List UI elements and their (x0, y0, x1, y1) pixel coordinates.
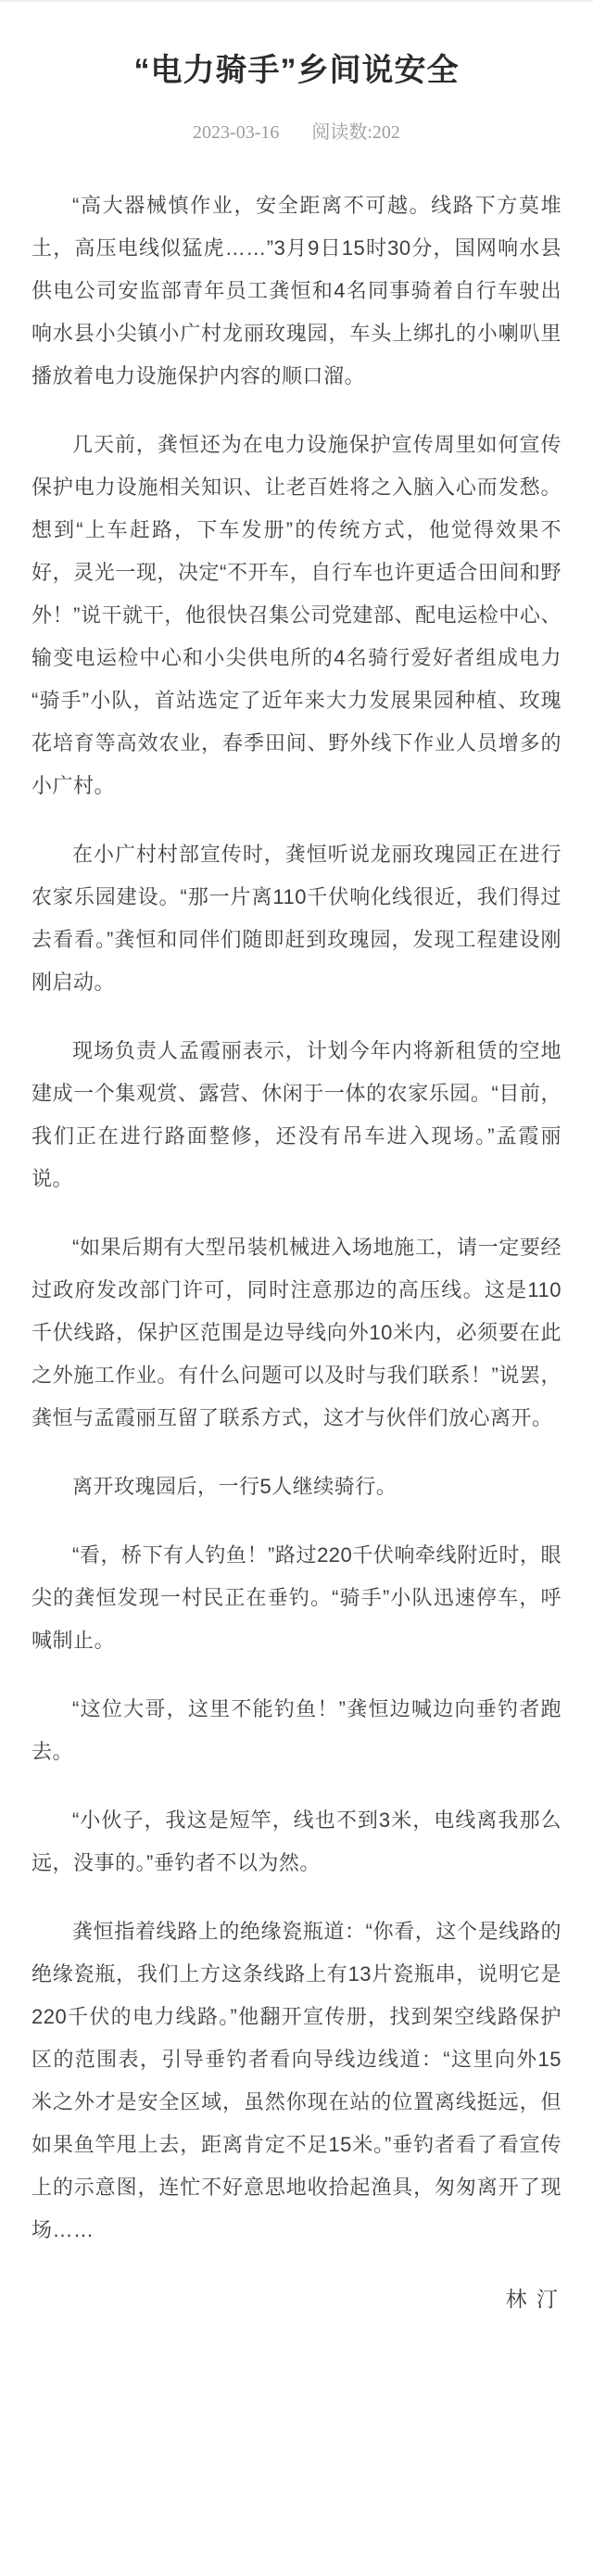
author-signature: 林 汀 (32, 2285, 561, 2313)
article-paragraph: “如果后期有大型吊装机械进入场地施工，请一定要经过政府发改部门许可，同时注意那边… (32, 1226, 561, 1440)
article-page: “电力骑手”乡间说安全 2023-03-16 阅读数:202 “高大器械慎作业，… (0, 0, 593, 2576)
publish-date: 2023-03-16 (193, 122, 279, 143)
read-count: 阅读数:202 (311, 122, 400, 143)
article-paragraph: 在小广村村部宣传时，龚恒听说龙丽玫瑰园正在进行农家乐园建设。“那一片离110千伏… (32, 833, 561, 1004)
article-paragraph: “这位大哥，这里不能钓鱼！”龚恒边喊边向垂钓者跑去。 (32, 1688, 561, 1773)
article-title: “电力骑手”乡间说安全 (32, 51, 561, 90)
article-paragraph: “高大器械慎作业，安全距离不可越。线路下方莫堆土，高压电线似猛虎……”3月9日1… (32, 184, 561, 398)
article-paragraph: 几天前，龚恒还为在电力设施保护宣传周里如何宣传保护电力设施相关知识、让老百姓将之… (32, 424, 561, 807)
article-paragraph: 龚恒指着线路上的绝缘瓷瓶道：“你看，这个是线路的绝缘瓷瓶，我们上方这条线路上有1… (32, 1910, 561, 2252)
article-body: “高大器械慎作业，安全距离不可越。线路下方莫堆土，高压电线似猛虎……”3月9日1… (32, 184, 561, 2252)
article-paragraph: “看，桥下有人钓鱼！”路过220千伏响牵线附近时，眼尖的龚恒发现一村民正在垂钓。… (32, 1534, 561, 1662)
article-meta: 2023-03-16 阅读数:202 (32, 121, 561, 144)
article-paragraph: “小伙子，我这是短竿，线也不到3米，电线离我那么远，没事的。”垂钓者不以为然。 (32, 1799, 561, 1884)
article-paragraph: 离开玫瑰园后，一行5人继续骑行。 (32, 1466, 561, 1508)
article-paragraph: 现场负责人孟霞丽表示，计划今年内将新租赁的空地建成一个集观赏、露营、休闲于一体的… (32, 1030, 561, 1200)
